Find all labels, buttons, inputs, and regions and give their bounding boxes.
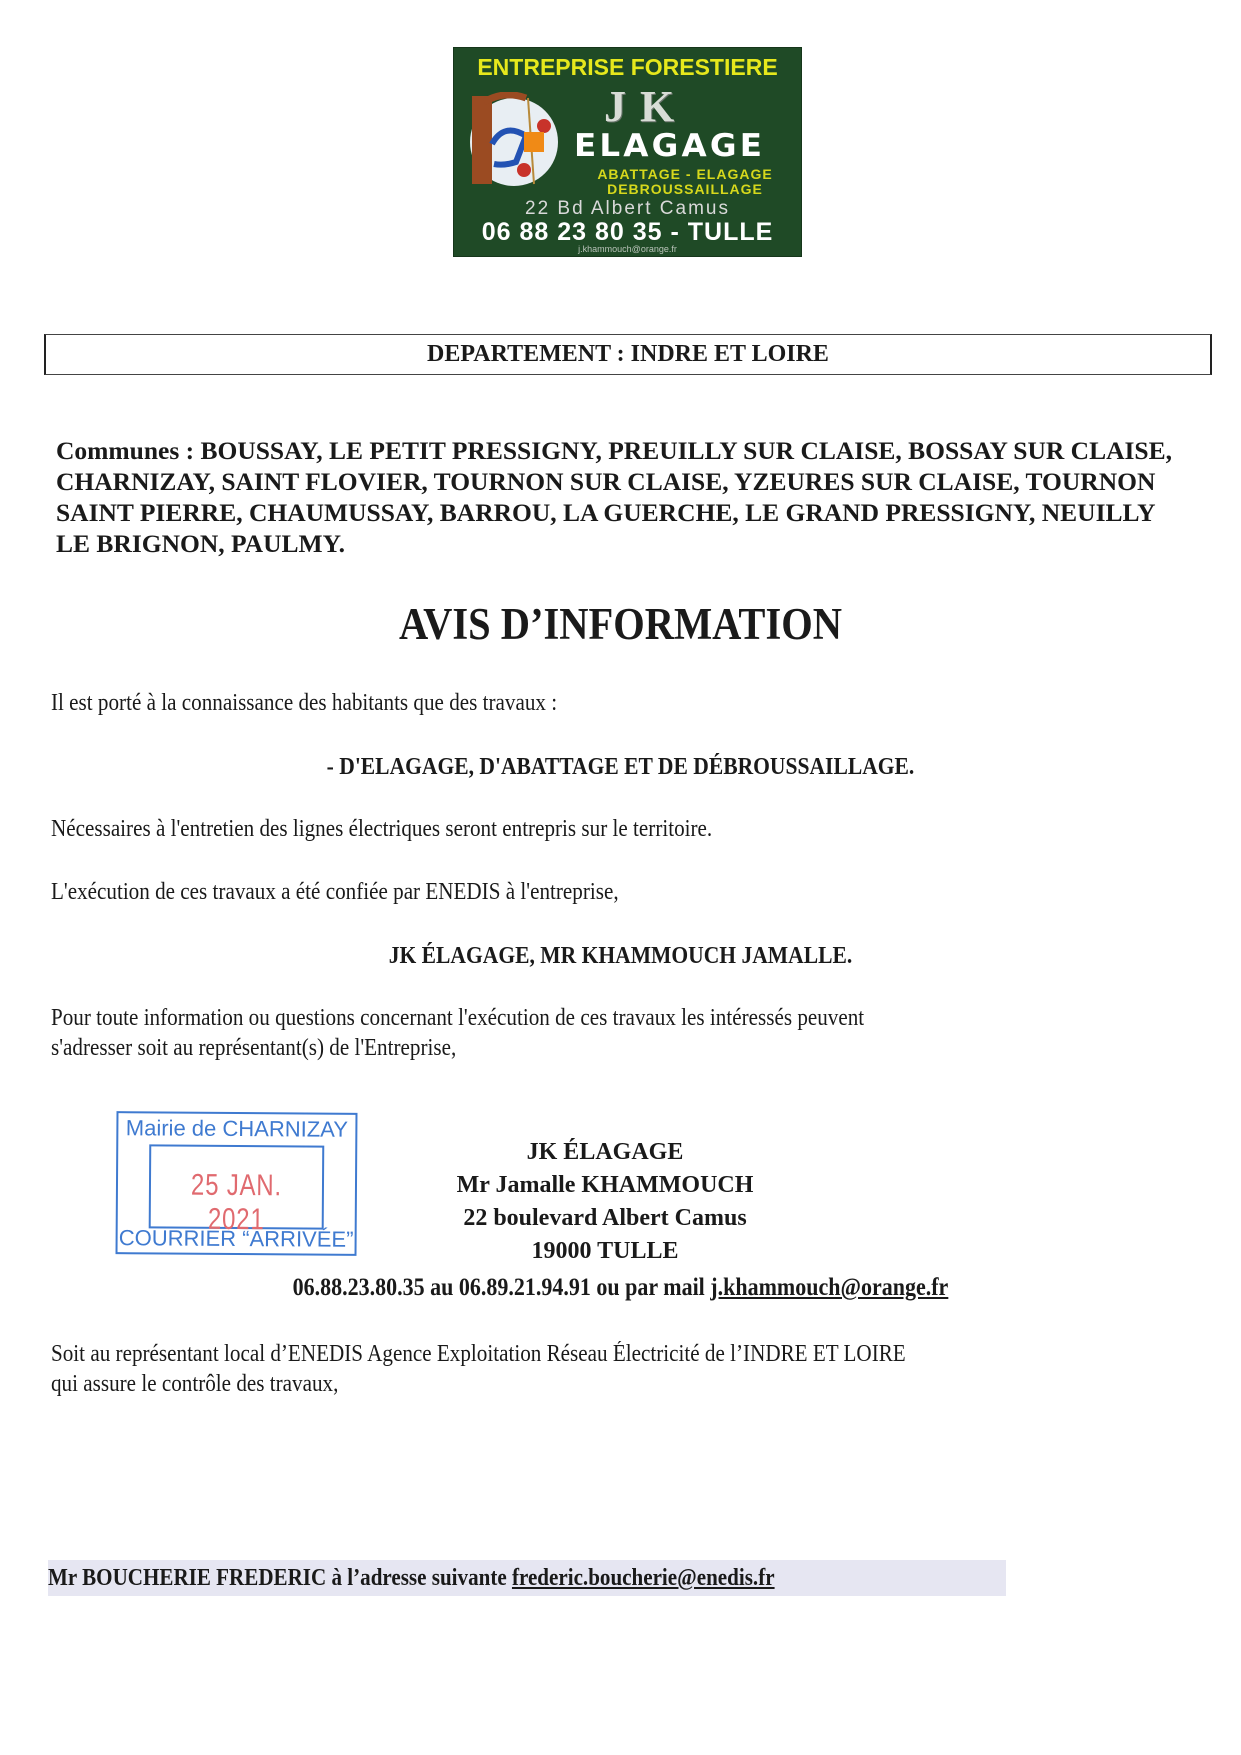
contact-city: 19000 TULLE bbox=[380, 1235, 830, 1268]
communes-list: Communes : BOUSSAY, LE PETIT PRESSIGNY, … bbox=[56, 435, 1186, 559]
department-label: DEPARTEMENT : INDRE ET LOIRE bbox=[46, 341, 1210, 368]
enedis-text-line1: Soit au représentant local d’ENEDIS Agen… bbox=[51, 1339, 906, 1370]
page-title: AVIS D’INFORMATION bbox=[62, 598, 1179, 650]
contact-street: 22 boulevard Albert Camus bbox=[380, 1202, 830, 1235]
info-text-line1: Pour toute information ou questions conc… bbox=[51, 1003, 864, 1034]
contact-phones-line: 06.88.23.80.35 au 06.89.21.94.91 ou par … bbox=[74, 1272, 1166, 1303]
department-box: DEPARTEMENT : INDRE ET LOIRE bbox=[44, 334, 1212, 375]
logo-top-text: ENTREPRISE FORESTIERE bbox=[454, 54, 801, 81]
logo-phone: 06 88 23 80 35 - TULLE bbox=[454, 218, 801, 247]
contact-phones: 06.88.23.80.35 au 06.89.21.94.91 ou par … bbox=[293, 1274, 711, 1301]
footer-text: Mr BOUCHERIE FREDERIC à l’adresse suivan… bbox=[48, 1564, 512, 1591]
necessity-text: Nécessaires à l'entretien des lignes éle… bbox=[51, 814, 712, 845]
works-text: - D'ELAGAGE, D'ABATTAGE ET DE DÉBROUSSAI… bbox=[74, 751, 1166, 782]
contact-company: JK ÉLAGAGE bbox=[380, 1136, 830, 1169]
footer-email-link[interactable]: frederic.boucherie@enedis.fr bbox=[512, 1564, 775, 1591]
enedis-text-line2: qui assure le contrôle des travaux, bbox=[51, 1369, 338, 1400]
logo-brand: JK bbox=[604, 81, 688, 132]
logo-services: ABATTAGE - ELAGAGE bbox=[572, 166, 798, 182]
contact-block: JK ÉLAGAGE Mr Jamalle KHAMMOUCH 22 boule… bbox=[380, 1136, 830, 1268]
tree-climber-icon bbox=[464, 92, 560, 188]
reception-stamp: Mairie de CHARNIZAY 25 JAN. 2021 COURRIE… bbox=[116, 1111, 358, 1256]
contact-person: Mr Jamalle KHAMMOUCH bbox=[380, 1169, 830, 1202]
company-logo: ENTREPRISE FORESTIERE JK ELAGAGE ABATTAG… bbox=[453, 47, 802, 257]
info-text-line2: s'adresser soit au représentant(s) de l'… bbox=[51, 1033, 456, 1064]
logo-services-2: DEBROUSSAILLAGE bbox=[572, 181, 798, 197]
logo-name: ELAGAGE bbox=[574, 128, 765, 164]
contact-email-link[interactable]: j.khammouch@orange.fr bbox=[710, 1274, 948, 1301]
company-text: JK ÉLAGAGE, MR KHAMMOUCH JAMALLE. bbox=[74, 940, 1166, 971]
intro-text: Il est porté à la connaissance des habit… bbox=[51, 688, 557, 719]
execution-text: L'exécution de ces travaux a été confiée… bbox=[51, 877, 619, 908]
stamp-top: Mairie de CHARNIZAY bbox=[118, 1115, 355, 1143]
stamp-bottom: COURRIER “ARRIVÉE” bbox=[112, 1225, 361, 1253]
footer-contact: Mr BOUCHERIE FREDERIC à l’adresse suivan… bbox=[48, 1560, 1006, 1596]
logo-address: 22 Bd Albert Camus bbox=[454, 198, 801, 220]
stamp-date-box: 25 JAN. 2021 bbox=[149, 1144, 325, 1229]
logo-email: j.khammouch@orange.fr bbox=[454, 244, 801, 254]
